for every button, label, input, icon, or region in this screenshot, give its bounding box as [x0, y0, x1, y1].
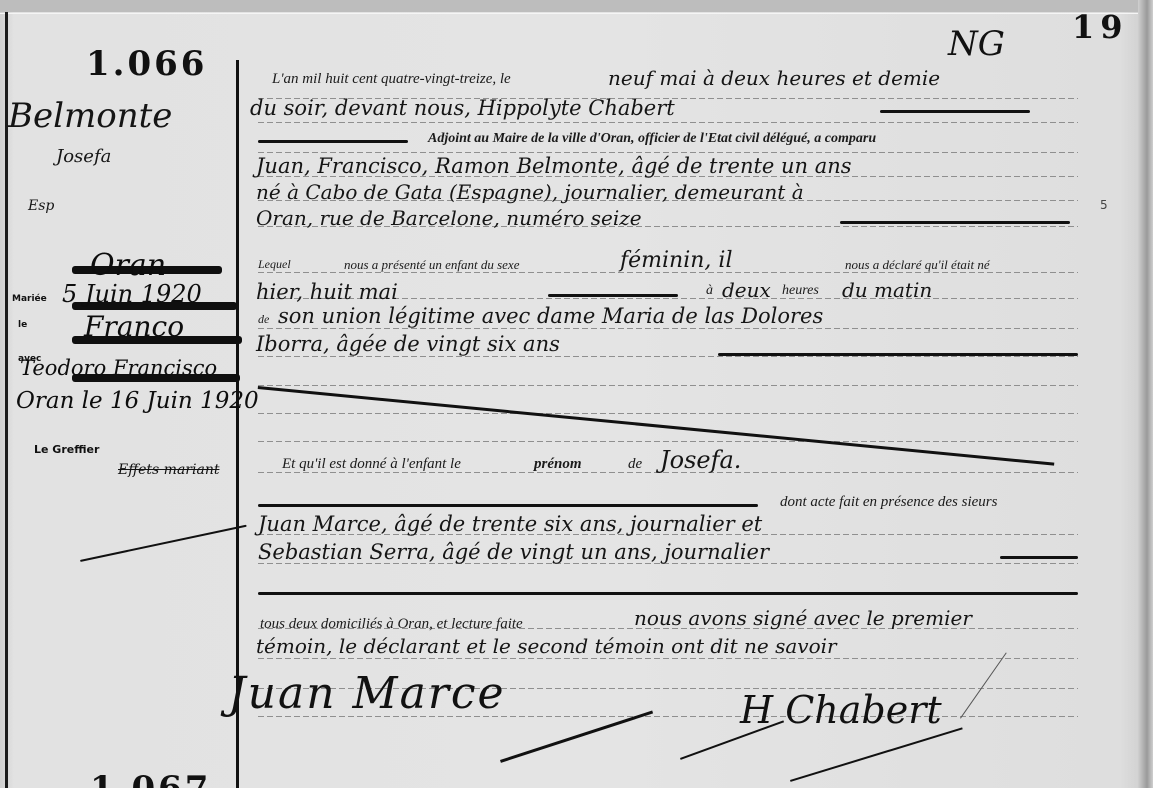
ruled-line — [258, 441, 1078, 442]
ruled-line — [258, 356, 1078, 357]
signature-witness: Juan Marce — [228, 668, 506, 719]
label-mariee: Mariée — [12, 294, 47, 304]
hand-birth-hour: deux — [722, 278, 771, 302]
hand-witness-1: Juan Marce, âgé de trente six ans, journ… — [258, 512, 762, 536]
ruled-line — [258, 328, 1078, 329]
marriage-place: Oran — [90, 248, 166, 283]
next-act-number: 1.067 — [90, 772, 211, 788]
marriage-annotation: Mariée le avec Oran 5 Juin 1920 Franco T… — [12, 258, 240, 418]
printed-opening: L'an mil huit cent quatre-vingt-treize, … — [272, 71, 511, 88]
ruled-line — [258, 413, 1078, 414]
printed-a: à — [706, 283, 713, 299]
filler-stroke — [258, 592, 1078, 595]
printed-officer-title: Adjoint au Maire de la ville d'Oran, off… — [428, 131, 876, 147]
printed-de: de — [258, 312, 269, 327]
printed-presented: nous a présenté un enfant du sexe — [344, 257, 519, 273]
printed-lequel: Lequel — [258, 257, 291, 272]
spouse-given-names: Teodoro Francisco — [20, 356, 217, 380]
hand-officer-line: du soir, devant nous, Hippolyte Chabert — [250, 96, 675, 120]
page-number: 19 — [1072, 8, 1129, 46]
hand-signed-line: nous avons signé avec le premier — [634, 606, 972, 630]
record-page: 1.066 19 NG 5 1.067 Belmonte Josefa Esp … — [0, 0, 1153, 788]
printed-heures: heures — [782, 283, 819, 299]
hand-closing-line: témoin, le déclarant et le second témoin… — [256, 634, 837, 658]
marriage-date: 5 Juin 1920 — [62, 280, 202, 308]
hand-father-name: Juan, Francisco, Ramon Belmonte, âgé de … — [256, 154, 852, 178]
struck-margin-note: Effets mariant — [118, 462, 219, 478]
printed-closing: tous deux domiciliés à Oran, et lecture … — [260, 616, 523, 633]
scan-top-highlight — [0, 13, 1153, 14]
hand-mother-age: Iborra, âgée de vingt six ans — [256, 332, 560, 356]
corner-initials: NG — [948, 24, 1005, 64]
signature-flourish — [680, 720, 784, 760]
hand-witness-2: Sebastian Serra, âgé de vingt un ans, jo… — [258, 540, 769, 564]
margin-given-name: Josefa — [56, 146, 111, 167]
page-right-edge — [1138, 0, 1153, 788]
hand-father-address: Oran, rue de Barcelone, numéro seize — [256, 206, 642, 230]
signature-flourish — [500, 711, 653, 763]
scan-top-edge — [0, 0, 1153, 12]
annotation-issued: Oran le 16 Juin 1920 — [16, 388, 259, 414]
hand-child-name: Josefa. — [660, 446, 741, 474]
printed-declared: nous a déclaré qu'il était né — [845, 257, 990, 273]
filler-stroke — [1000, 556, 1078, 559]
printed-given-name-clause: Et qu'il est donné à l'enfant le — [282, 456, 461, 473]
ruled-line — [258, 122, 1078, 123]
margin-reference-mark: 5 — [1100, 198, 1108, 212]
ruled-line — [258, 385, 1078, 386]
hand-mother-line: son union légitime avec dame Maria de la… — [278, 304, 823, 328]
spouse-surname: Franco — [84, 310, 184, 343]
hand-sex: féminin, il — [620, 248, 733, 273]
paraph-stroke — [960, 652, 1007, 718]
filler-stroke — [548, 294, 678, 297]
printed-de-2: de — [628, 456, 642, 473]
cancel-diagonal-line — [258, 386, 1055, 466]
hand-birth-day: hier, huit mai — [256, 280, 398, 304]
greffier-label: Le Greffier — [34, 443, 99, 456]
act-number: 1.066 — [86, 44, 207, 84]
hand-father-origin: né à Cabo de Gata (Espagne), journalier,… — [256, 180, 804, 204]
hand-date-time: neuf mai à deux heures et demie — [608, 66, 940, 90]
printed-witness-clause: dont acte fait en présence des sieurs — [780, 494, 997, 511]
signature-underline — [790, 727, 963, 782]
filler-stroke — [258, 140, 408, 143]
margin-stroke — [80, 525, 247, 562]
ruled-line — [258, 152, 1078, 153]
filler-stroke — [840, 221, 1070, 224]
label-le: le — [18, 320, 27, 330]
margin-nationality: Esp — [28, 198, 54, 214]
ruled-line — [258, 658, 1078, 659]
filler-stroke — [258, 504, 758, 507]
margin-surname: Belmonte — [8, 96, 172, 136]
hand-birth-period: du matin — [842, 278, 932, 302]
printed-prenom: prénom — [534, 456, 582, 473]
filler-stroke — [718, 353, 1078, 356]
filler-stroke — [880, 110, 1030, 113]
